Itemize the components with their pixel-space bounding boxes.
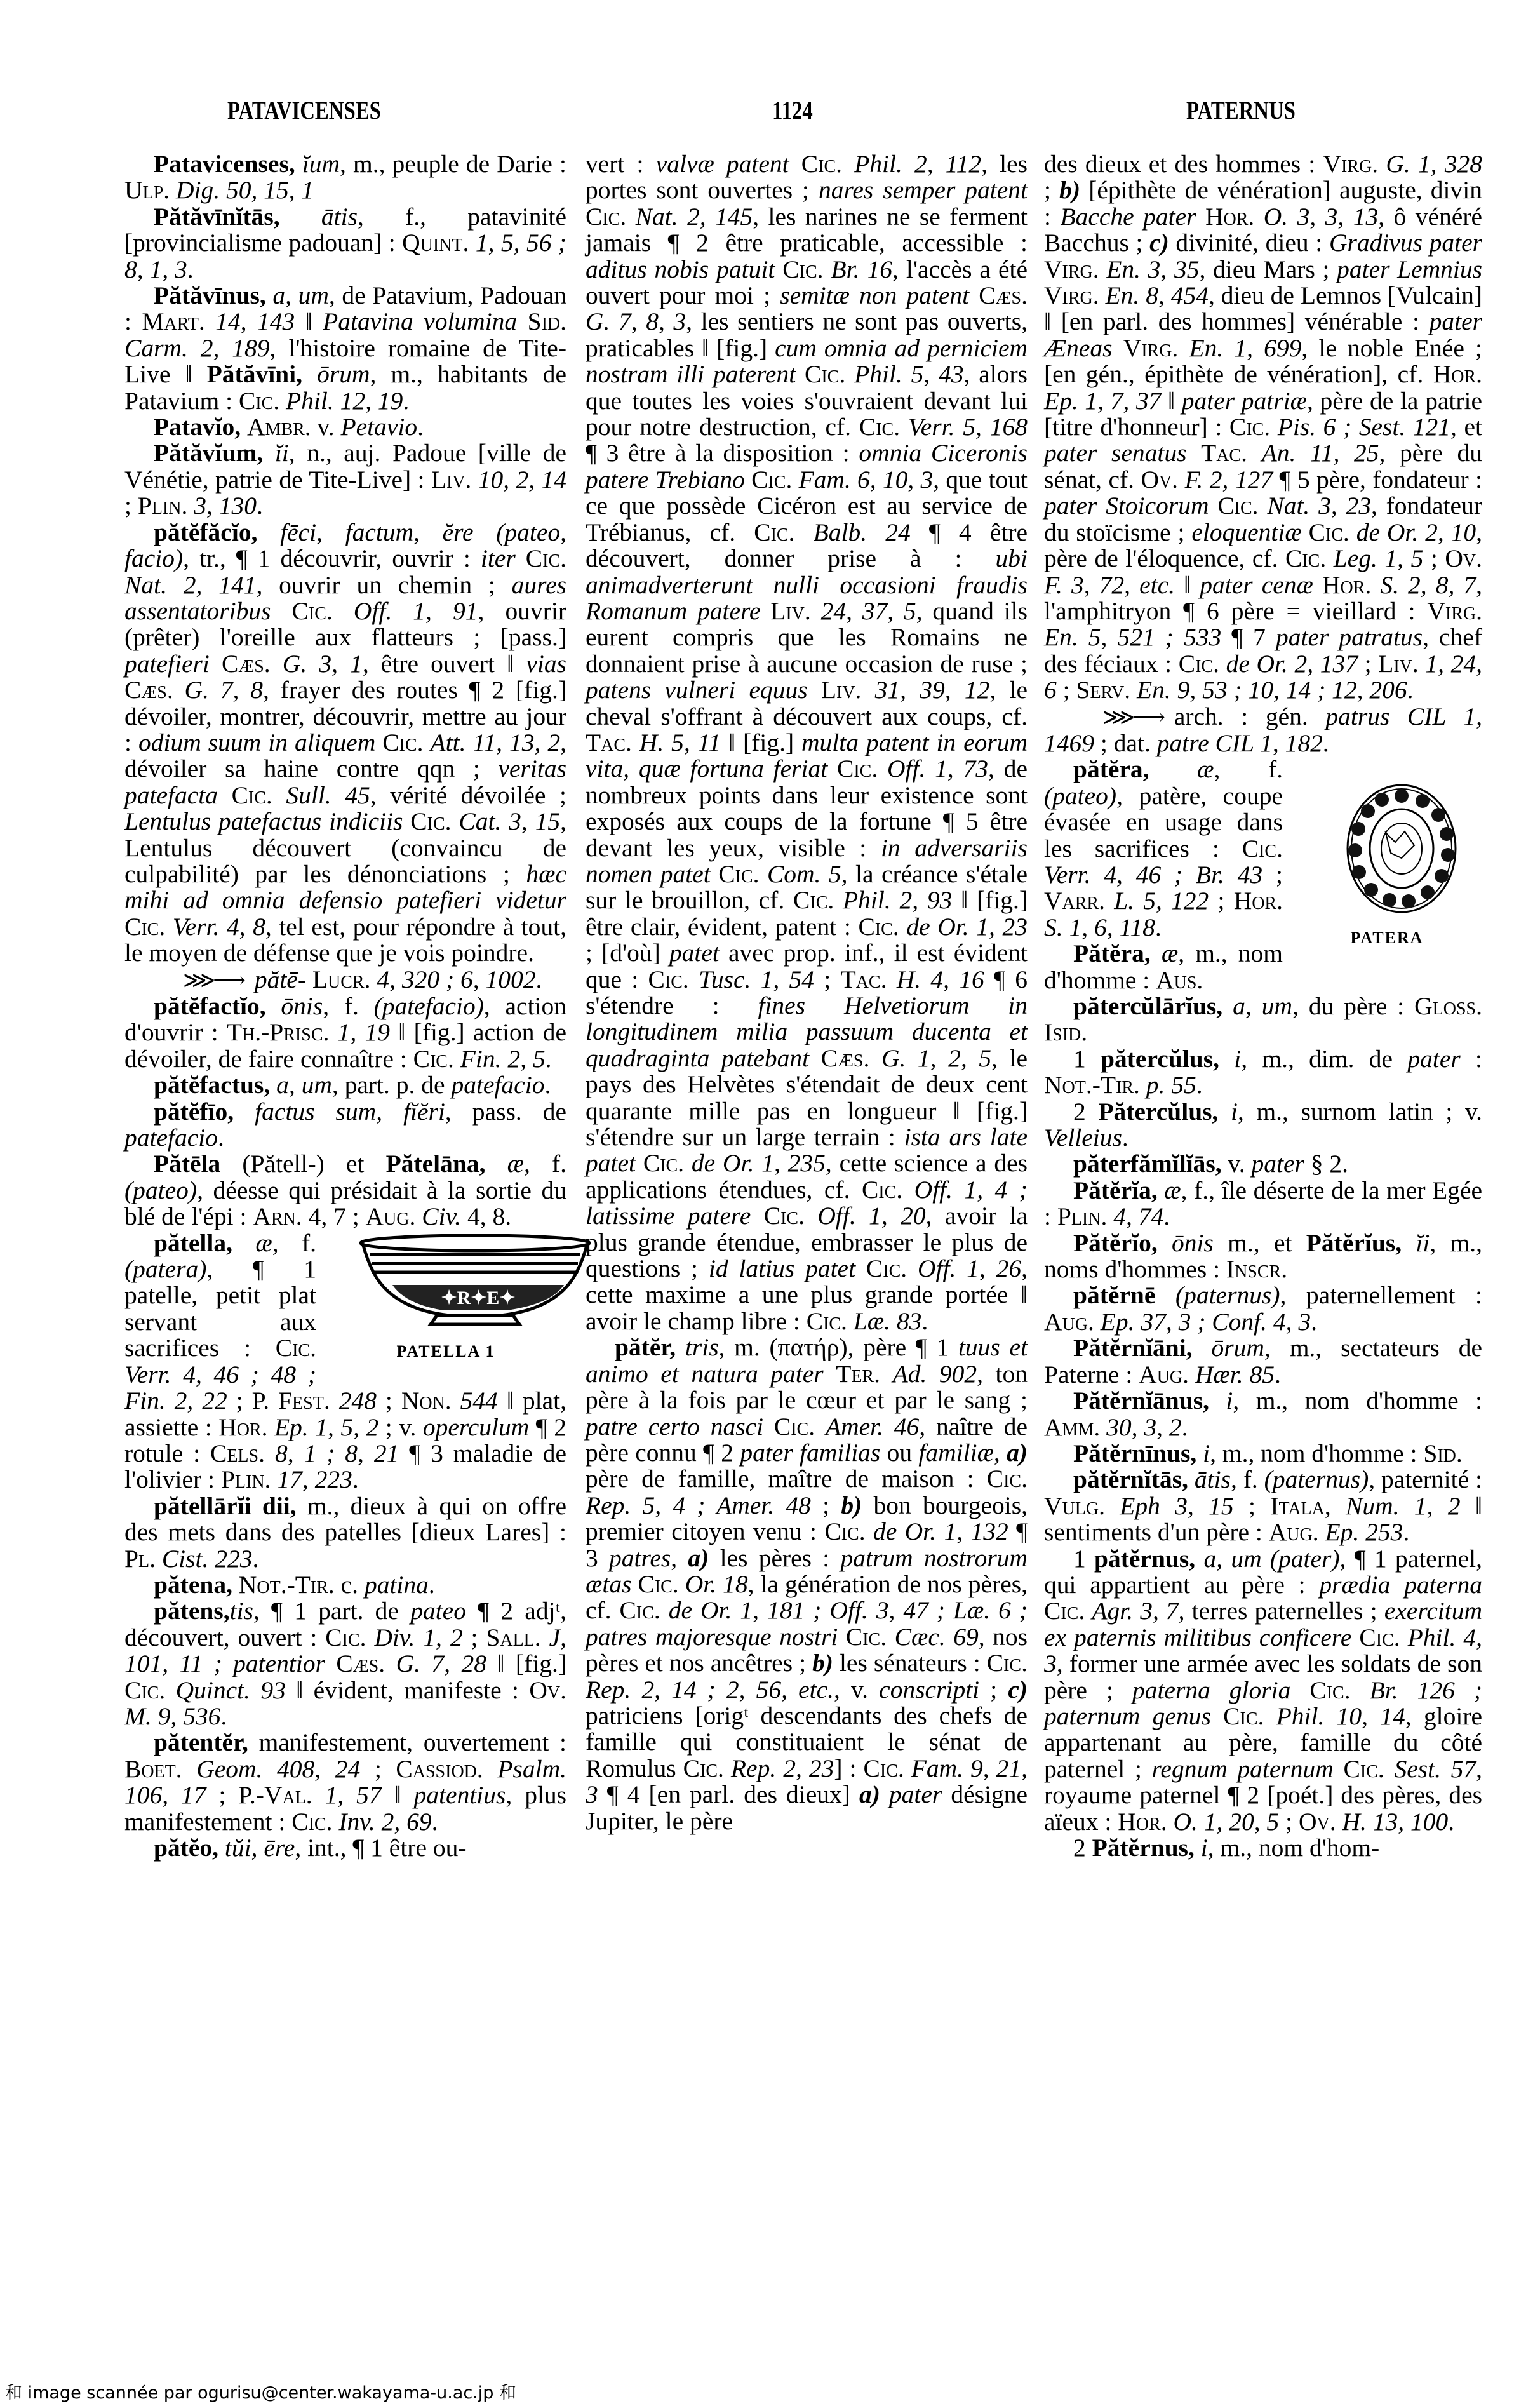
citation-text: Gradivus pater <box>1329 229 1482 257</box>
author-abbreviation: Cic. <box>239 387 279 415</box>
citation-text: Nat. 2, 141 <box>124 571 256 599</box>
author-abbreviation: Cic. <box>987 1465 1028 1493</box>
citation-text: (pateo) <box>124 1176 197 1204</box>
headword: pătentĕr, <box>154 1728 248 1756</box>
citation-text: Nat. 3, 23 <box>1267 492 1371 520</box>
dictionary-entry: ✦R✦E✦ PATELLA 1 pătella, æ, f. (patera),… <box>124 1230 566 1493</box>
citation-text: ĭi <box>1416 1229 1430 1257</box>
dictionary-entry: pătens,tis, ¶ 1 part. de pateo ¶ 2 adjᵗ,… <box>124 1598 566 1730</box>
author-abbreviation: Cic. <box>1179 650 1219 678</box>
citation-text: Phil. 2, 112 <box>854 150 981 178</box>
author-abbreviation: Cic. <box>805 360 845 388</box>
author-abbreviation: Plin. <box>138 492 188 520</box>
citation-text: pater Stoicorum <box>1044 492 1209 520</box>
citation-text: Nat. 2, 145 <box>636 203 753 231</box>
citation-text: Ep. 1, 5, 2 <box>274 1413 378 1441</box>
headword: pătĕra, <box>1073 755 1149 783</box>
author-abbreviation: Hor. <box>1118 1808 1167 1836</box>
citation-text: ōrum <box>1212 1334 1264 1362</box>
author-abbreviation: Plin. <box>1057 1202 1108 1230</box>
author-abbreviation: Virg. <box>1044 255 1099 283</box>
author-abbreviation: Amm. <box>1044 1413 1100 1441</box>
citation-text: O. 1, 20, 5 <box>1173 1808 1279 1836</box>
author-abbreviation: Liv. <box>821 676 862 704</box>
citation-text: regnum paternum <box>1152 1755 1334 1783</box>
citation-text: (paternus) <box>1264 1465 1369 1493</box>
citation-text: Tusc. 1, 54 <box>699 965 814 993</box>
author-abbreviation: Cic. <box>124 913 165 941</box>
headword: Pătăvīnĭtās, <box>154 203 280 231</box>
citation-text: Eph 3, 15 <box>1120 1492 1233 1520</box>
author-abbreviation: Cic. <box>683 1754 724 1782</box>
dictionary-entry: Patavĭo, Ambr. v. Petavio. <box>124 414 566 440</box>
citation-text: tŭi, ēre <box>225 1834 295 1862</box>
citation-text: Fam. 6, 10, 3 <box>799 466 934 494</box>
citation-text: En. 9, 53 ; 10, 14 ; 12, 206 <box>1137 676 1407 704</box>
dictionary-entry: Pătĕrĭo, ōnis m., et Pătĕrĭus, ĭi, m., n… <box>1044 1230 1482 1283</box>
dictionary-entry: 1 pătercŭlus, i, m., dim. de pater : Not… <box>1044 1046 1482 1099</box>
citation-text: æ <box>507 1150 524 1178</box>
citation-text: pater <box>1251 1150 1304 1178</box>
citation-text: a, um <box>272 281 329 309</box>
citation-text: G. 1, 2, 5 <box>881 1044 991 1072</box>
citation-text: de Or. 1, 23 <box>906 913 1028 941</box>
citation-text: b) <box>841 1491 862 1519</box>
dictionary-entry: păterfămĭlĭās, v. pater § 2. <box>1044 1151 1482 1177</box>
author-abbreviation: Aug. <box>1139 1361 1189 1388</box>
dictionary-entry: pătĕrnĭtās, ātis, f. (paternus), paterni… <box>1044 1467 1482 1545</box>
author-abbreviation: Boet. <box>124 1755 182 1783</box>
citation-text: F. 2, 127 <box>1184 466 1273 494</box>
citation-text: pater <box>1407 1045 1460 1073</box>
author-abbreviation: Cassiod. <box>396 1755 483 1783</box>
author-abbreviation: Cic. <box>718 860 759 888</box>
citation-text: p. 55 <box>1146 1071 1196 1099</box>
citation-text: pater patriæ <box>1182 387 1307 415</box>
dictionary-entry: Pătĕrnīnus, i, m., nom d'homme : Sid. <box>1044 1441 1482 1467</box>
author-abbreviation: Cic. <box>276 1334 316 1362</box>
citation-text: En. 1, 699 <box>1189 334 1301 362</box>
citation-text: ĭi <box>275 439 289 467</box>
headword: Pătĕrnĭānus, <box>1073 1387 1209 1415</box>
citation-text: Verr. 4, 46 ; Br. 43 <box>1044 861 1262 889</box>
dictionary-entry: 2 Pătercŭlus, i, m., surnom latin ; v. V… <box>1044 1099 1482 1152</box>
citation-text: 14, 143 <box>215 307 295 335</box>
citation-text: Cat. 3, 15 <box>459 807 560 835</box>
citation-text: c) <box>1008 1676 1028 1704</box>
author-abbreviation: Cic. <box>643 1149 684 1177</box>
author-abbreviation: Cic. <box>782 255 823 283</box>
headword: Pătēla <box>154 1150 220 1178</box>
author-abbreviation: Pl. <box>124 1545 156 1573</box>
citation-text: Hær. 85 <box>1195 1361 1275 1388</box>
citation-text: Rep. 5, 4 ; Amer. 48 <box>586 1491 811 1519</box>
author-abbreviation: Cic. <box>793 886 834 914</box>
citation-text: pater cenæ <box>1200 571 1313 599</box>
author-abbreviation: Hor. <box>218 1413 267 1441</box>
running-head: PATAVICENSES 1124 PATERNUS <box>0 95 1540 133</box>
author-abbreviation: Cæs. <box>821 1044 870 1072</box>
headword: Pătĕra, <box>1073 939 1151 967</box>
citation-text: G. 3, 1 <box>283 650 363 678</box>
citation-text: familiæ <box>918 1439 994 1467</box>
patera-dish-illustration-icon <box>1341 782 1462 915</box>
dictionary-entry: des dieux et des hommes : Virg. G. 1, 32… <box>1044 151 1482 704</box>
headword: pătĕrnĭtās, <box>1073 1465 1188 1493</box>
citation-text: iter <box>481 544 516 572</box>
author-abbreviation: Cic. <box>801 150 842 178</box>
citation-text: nares semper patent <box>819 176 1028 204</box>
bowl-illustration-icon: ✦R✦E✦ <box>354 1234 596 1329</box>
citation-text: Patavina volumina <box>323 307 517 335</box>
citation-text: Num. 1, 2 <box>1346 1492 1461 1520</box>
author-abbreviation: Quint. <box>402 229 469 257</box>
citation-text: 4, 74 <box>1113 1202 1163 1230</box>
author-abbreviation: Cic. <box>807 1307 847 1335</box>
citation-text: tris <box>685 1333 719 1361</box>
author-abbreviation: Cic. <box>586 203 626 231</box>
author-abbreviation: Vulg. <box>1044 1492 1105 1520</box>
citation-text: (paternus) <box>1175 1281 1280 1309</box>
citation-text: Cæc. 69 <box>895 1623 979 1651</box>
citation-text: patens vulneri equus <box>586 676 808 704</box>
headword: pătercŭlārĭus, <box>1073 992 1222 1020</box>
author-abbreviation: Cels. <box>210 1439 265 1467</box>
column-left: Patavicenses, ĭum, m., peuple de Darie :… <box>124 151 566 1861</box>
author-abbreviation: Cæs. <box>222 650 271 678</box>
headword: pătĕrnus, <box>1094 1545 1195 1573</box>
scan-credit: 和 image scannée par ogurisu@center.wakay… <box>5 2379 516 2403</box>
citation-text: Inv. 2, 69 <box>338 1808 431 1836</box>
citation-text: Ep. 37, 3 ; Conf. 4, 3 <box>1101 1308 1311 1336</box>
citation-text: hæc mihi ad omnia defensio patefieri vid… <box>124 860 566 914</box>
citation-text: (pateo) <box>1044 782 1116 810</box>
dictionary-entry: pătena, Not.-Tir. c. patina. <box>124 1572 566 1598</box>
author-abbreviation: Th.-Prisc. <box>227 1018 329 1046</box>
citation-text: Fin. 2, 5 <box>460 1045 546 1073</box>
citation-text: O. 3, 3, 13 <box>1264 203 1379 231</box>
citation-text: pătē- <box>255 965 306 993</box>
citation-text: 1, 5, 56 ; 8, 1, 3 <box>124 229 566 283</box>
fletched-arrow-icon: ⋙⟶ <box>154 967 243 993</box>
headword: pătena, <box>154 1571 232 1599</box>
citation-text: An. 11, 25 <box>1262 439 1379 467</box>
citation-text: ĭum <box>302 150 340 178</box>
author-abbreviation: Ambr. <box>247 413 311 441</box>
citation-text: H. 4, 16 <box>897 965 984 993</box>
citation-text: 1, 57 <box>325 1781 382 1809</box>
author-abbreviation: Cic. <box>638 1570 678 1598</box>
citation-text: Phil. 5, 43 <box>854 360 963 388</box>
dictionary-entry: Pătĕrĭa, æ, f., île déserte de la mer Eg… <box>1044 1178 1482 1230</box>
citation-text: patentius <box>414 1781 506 1809</box>
citation-text: 31, 39, 12 <box>875 676 990 704</box>
page-number: 1124 <box>772 95 813 125</box>
citation-text: Læ. 83 <box>854 1307 922 1335</box>
author-abbreviation: Cic. <box>1285 544 1326 572</box>
headword: păterfămĭlĭās, <box>1073 1150 1222 1178</box>
headword: Pătăvīni, <box>207 360 302 388</box>
citation-text: Sest. 57 <box>1394 1755 1476 1783</box>
citation-text: de Or. 1, 235 <box>692 1149 826 1177</box>
citation-text: patefacio <box>451 1071 544 1099</box>
citation-text: semitæ non patent <box>780 281 969 309</box>
headword: Pătĕrĭo, <box>1073 1229 1158 1257</box>
citation-text: a) <box>859 1780 880 1808</box>
author-abbreviation: Cæs. <box>336 1650 385 1677</box>
author-abbreviation: Virg. <box>1123 334 1179 362</box>
citation-text: pater familias <box>740 1439 880 1467</box>
citation-text: Ep. 1, 7, 37 <box>1044 387 1161 415</box>
citation-text: G. 7, 8 <box>185 676 263 704</box>
citation-text: S. 1, 6, 118 <box>1044 913 1155 941</box>
author-abbreviation: Serv. <box>1076 676 1130 704</box>
citation-text: ōrum <box>317 360 370 388</box>
citation-text: pater patratus <box>1276 623 1423 651</box>
author-abbreviation: Inscr. <box>1226 1255 1287 1283</box>
author-abbreviation: Sid. <box>528 307 566 335</box>
dictionary-entry: Pătēla (Pătell-) et Pătelāna, æ, f. (pat… <box>124 1151 566 1230</box>
author-abbreviation: Non. <box>401 1387 452 1415</box>
citation-text: Petavio <box>340 413 417 441</box>
citation-text: ātis <box>321 203 358 231</box>
citation-text: æ <box>1164 1176 1181 1204</box>
citation-text: prædia paterna <box>1319 1571 1482 1599</box>
citation-text: valvæ patent <box>656 150 789 178</box>
citation-text: Cist. 223 <box>162 1545 253 1573</box>
author-abbreviation: Cic. <box>1223 1702 1264 1730</box>
author-abbreviation: Itala <box>1270 1492 1325 1520</box>
author-abbreviation: Cic. <box>1359 1623 1400 1651</box>
author-abbreviation: Cic. <box>866 1254 907 1282</box>
citation-text: Balb. 24 <box>814 518 911 546</box>
headword: pătĕfīo, <box>154 1098 234 1126</box>
citation-text: pateo <box>410 1597 466 1625</box>
citation-text: patet <box>669 939 720 967</box>
author-abbreviation: Cic. <box>1229 413 1270 441</box>
fletched-arrow-icon: ⋙⟶ <box>1073 704 1163 730</box>
citation-text: Ad. 902 <box>893 1360 977 1388</box>
dictionary-entry: pătellārĭi dii, m., dieux à qui on offre… <box>124 1493 566 1572</box>
citation-text: vias <box>526 650 566 678</box>
dictionary-entry: pătĕr, tris, m. (πατήρ), père ¶ 1 tuus e… <box>586 1334 1028 1834</box>
author-abbreviation: Hor. <box>1322 571 1371 599</box>
headword: Pătĕrnus, <box>1092 1834 1195 1862</box>
citation-text: patefacio <box>124 1124 218 1152</box>
citation-text: Or. 18 <box>685 1570 748 1598</box>
citation-text: id latius patet <box>709 1254 855 1282</box>
author-abbreviation: Cic. <box>413 1045 454 1073</box>
author-abbreviation: Liv. <box>770 597 811 625</box>
author-abbreviation: Cic. <box>1309 518 1349 546</box>
patera-figure: PATERA <box>1292 782 1482 951</box>
dictionary-entry: pătĕfactus, a, um, part. p. de patefacio… <box>124 1072 566 1098</box>
dictionary-entry: ⋙⟶arch. : gén. patrus CIL 1, 1469 ; dat.… <box>1044 704 1482 757</box>
headword: Pătĕrnīnus, <box>1073 1439 1196 1467</box>
author-abbreviation: P. Fest. <box>252 1387 330 1415</box>
citation-text: Com. 5 <box>767 860 841 888</box>
citation-text: Rep. 2, 14 ; 2, 56, etc. <box>586 1676 834 1704</box>
citation-text: a, um (pater) <box>1203 1545 1339 1573</box>
citation-text: conscripti <box>879 1676 979 1704</box>
headword: pătella, <box>154 1229 232 1257</box>
headword: pătĕrnē <box>1073 1281 1155 1309</box>
headword: Patavicenses, <box>154 150 295 178</box>
patella-figure: ✦R✦E✦ PATELLA 1 <box>325 1234 566 1365</box>
citation-text: Civ. <box>422 1202 461 1230</box>
author-abbreviation: Ov. <box>1445 544 1482 572</box>
citation-text: patres <box>609 1544 671 1572</box>
citation-text: Verr. 5, 168 <box>908 413 1028 441</box>
citation-text: patre CIL 1, 182 <box>1157 729 1323 757</box>
citation-text: 8, 1 ; 8, 21 <box>275 1439 399 1467</box>
citation-text: Off. 1, 73 <box>887 755 988 783</box>
author-abbreviation: Aug. <box>1044 1308 1094 1336</box>
author-abbreviation: Cic. <box>526 544 566 572</box>
author-abbreviation: Tac. <box>586 729 632 756</box>
author-abbreviation: Plin. <box>221 1465 271 1493</box>
citation-text: patina <box>365 1571 429 1599</box>
citation-text: Br. 16 <box>831 255 892 283</box>
citation-text: 1, 19 <box>338 1018 390 1046</box>
author-abbreviation: Cic. <box>124 1676 165 1704</box>
headword: pătĕr, <box>615 1333 676 1361</box>
author-abbreviation: Cic. <box>410 807 451 835</box>
citation-text: Velleius <box>1044 1124 1122 1152</box>
citation-text: de Or. 2, 10 <box>1356 518 1476 546</box>
citation-text: Off. 1, 26 <box>918 1254 1021 1282</box>
citation-text: i <box>1226 1387 1233 1415</box>
citation-text: æ <box>255 1229 272 1257</box>
dictionary-entry: Pătăvĭum, ĭi, n., auj. Padoue [ville de … <box>124 440 566 519</box>
author-abbreviation: Cic. <box>1242 835 1283 863</box>
author-abbreviation: Arn. <box>253 1202 302 1230</box>
headword: Pătĕrĭa, <box>1073 1176 1158 1204</box>
dictionary-entry: pătĕfīo, factus sum, fĭĕri, pass. de pat… <box>124 1099 566 1152</box>
citation-text: Quinct. 93 <box>176 1676 286 1704</box>
citation-text: Off. 1, 20 <box>817 1202 925 1230</box>
citation-text: Leg. 1, 5 <box>1334 544 1424 572</box>
author-abbreviation: Cic. <box>751 466 792 494</box>
author-abbreviation: Aug. <box>366 1202 416 1230</box>
author-abbreviation: Mart. <box>142 307 204 335</box>
dictionary-entry: pătercŭlārĭus, a, um, du père : Gloss. I… <box>1044 993 1482 1046</box>
citation-text: Pis. 6 ; Sest. 121 <box>1278 413 1450 441</box>
author-abbreviation: Hor. <box>1234 887 1283 915</box>
headword: Pătăvīnus, <box>154 281 266 309</box>
headword: Patavĭo, <box>154 413 241 441</box>
author-abbreviation: Virg. <box>1044 281 1099 309</box>
citation-text: 3, 130 <box>194 492 257 520</box>
citation-text: pater Lemnius <box>1337 255 1482 283</box>
author-abbreviation: Ov. <box>529 1676 566 1704</box>
citation-text: a) <box>1007 1439 1028 1467</box>
author-abbreviation: Cic. <box>987 1649 1028 1677</box>
headword: Pătĕrĭus, <box>1306 1229 1402 1257</box>
author-abbreviation: Ov. <box>1141 466 1178 494</box>
citation-text: 10, 2, 14 <box>478 466 566 494</box>
author-abbreviation: Cic. <box>325 1623 366 1651</box>
dictionary-entry: Pătĕrnĭāni, ōrum, m., sectateurs de Pate… <box>1044 1335 1482 1388</box>
author-abbreviation: Cic. <box>1217 492 1258 520</box>
author-abbreviation: Cic. <box>1344 1755 1384 1783</box>
citation-text: paterna gloria <box>1132 1676 1290 1704</box>
citation-text: Off. 1, 91 <box>354 597 478 625</box>
column-middle: vert : valvæ patent Cic. Phil. 2, 112, l… <box>586 151 1028 1834</box>
citation-text: 248 <box>339 1387 377 1415</box>
citation-text: i <box>1203 1439 1210 1467</box>
citation-text: 4, 320 ; 6, 1002 <box>377 965 535 993</box>
author-abbreviation: Sall. <box>486 1623 540 1651</box>
author-abbreviation: Not.-Tir. <box>1044 1071 1140 1099</box>
author-abbreviation: Varr. <box>1044 887 1105 915</box>
citation-text: F. 3, 72, etc. <box>1044 571 1175 599</box>
citation-text: Geom. 408, 24 <box>196 1755 360 1783</box>
author-abbreviation: Cic. <box>648 965 689 993</box>
dictionary-entry: PATERA pătĕra, æ, f. (pateo), patère, co… <box>1044 756 1482 941</box>
citation-text: tis <box>230 1597 253 1625</box>
citation-text: b) <box>812 1649 833 1677</box>
dictionary-columns: Patavicenses, ĭum, m., peuple de Darie :… <box>124 151 1464 2323</box>
author-abbreviation: Cic. <box>232 781 272 809</box>
citation-text: (patefacio) <box>374 992 484 1020</box>
author-abbreviation: Cic. <box>824 1517 865 1545</box>
author-abbreviation: Cic. <box>754 518 794 546</box>
citation-text: M. 9, 536 <box>124 1702 220 1730</box>
author-abbreviation: Cic. <box>620 1596 660 1624</box>
citation-text: (patera) <box>124 1255 206 1283</box>
citation-text: Verr. 4, 8 <box>173 913 265 941</box>
citation-text: Dig. 50, 15, 1 <box>176 176 314 204</box>
author-abbreviation: Virg. <box>1323 150 1379 178</box>
author-abbreviation: Cic. <box>382 729 423 756</box>
author-abbreviation: Tac. <box>841 965 887 993</box>
author-abbreviation: Cic. <box>774 1413 815 1441</box>
dictionary-entry: pătĕrnē (paternus), paternellement : Aug… <box>1044 1282 1482 1335</box>
citation-text: Rep. 2, 23 <box>731 1754 834 1782</box>
citation-text: i <box>1201 1834 1208 1862</box>
citation-text: Sull. 45 <box>286 781 370 809</box>
citation-text: pater senatus <box>1044 439 1186 467</box>
author-abbreviation: Tac. <box>1201 439 1247 467</box>
author-abbreviation: Ulp. <box>124 176 170 204</box>
citation-text: de Or. 1, 132 <box>873 1517 1008 1545</box>
running-head-last-word: PATERNUS <box>1186 95 1296 125</box>
author-abbreviation: Cic. <box>291 1808 332 1836</box>
citation-text: odium suum in aliquem <box>138 729 375 756</box>
dictionary-entry: Patavicenses, ĭum, m., peuple de Darie :… <box>124 151 566 204</box>
author-abbreviation: Aug. <box>1269 1518 1319 1546</box>
citation-text: Phil. 10, 14 <box>1276 1702 1405 1730</box>
author-abbreviation: Sid. <box>1423 1439 1462 1467</box>
author-abbreviation: Liv. <box>431 466 472 494</box>
dictionary-entry: pătĕfăcĭo, fēci, factum, ĕre (pateo, fac… <box>124 520 566 967</box>
citation-text: G. 7, 8, 3 <box>586 307 686 335</box>
dictionary-entry: vert : valvæ patent Cic. Phil. 2, 112, l… <box>586 151 1028 1334</box>
citation-text: a) <box>688 1544 709 1572</box>
headword: Pătĕrnĭāni, <box>1073 1334 1193 1362</box>
dictionary-entry: pătentĕr, manifestement, ouvertement : B… <box>124 1730 566 1835</box>
citation-text: Ep. 253 <box>1325 1518 1403 1546</box>
dictionary-entry: 1 pătĕrnus, a, um (pater), ¶ 1 paternel,… <box>1044 1546 1482 1835</box>
citation-text: a, um <box>1233 992 1292 1020</box>
dictionary-entry: Pătăvīnĭtās, ātis, f., patavinité [provi… <box>124 204 566 283</box>
author-abbreviation: Cic. <box>1044 1597 1085 1625</box>
citation-text: i <box>1231 1098 1238 1126</box>
headword: pătellārĭi dii, <box>154 1492 297 1520</box>
citation-text: 17, 223 <box>277 1465 352 1493</box>
author-abbreviation: Ter. <box>836 1360 880 1388</box>
